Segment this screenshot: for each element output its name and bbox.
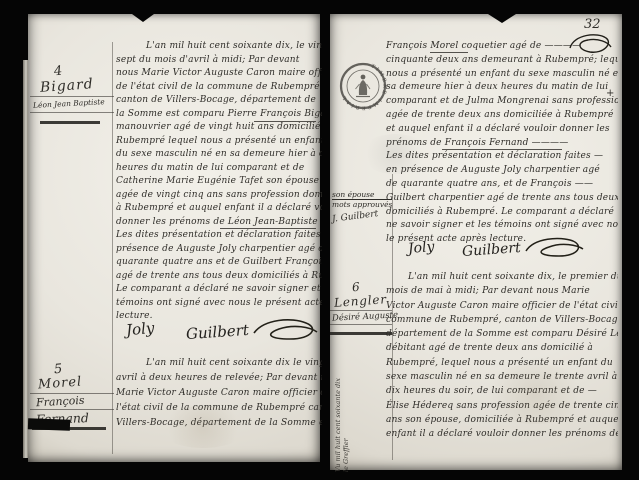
signature-guilbert: Guilbert bbox=[462, 240, 522, 260]
manuscript-line: sept du mois d'avril à midi; Par devant bbox=[116, 54, 322, 68]
correction-line: mots approuvés bbox=[332, 200, 392, 209]
vertical-note-line: le Greffier bbox=[342, 372, 350, 472]
manuscript-line: quarante quatre ans et de Guilbert Franç… bbox=[116, 256, 322, 270]
margin-vertical-note: Vu mil huit cent soixante dix le Greffie… bbox=[334, 372, 350, 472]
margin-line bbox=[330, 324, 392, 325]
act-number: 6 bbox=[351, 280, 360, 295]
signature-joly: Joly bbox=[125, 319, 155, 339]
manuscript-line: débitant agé de trente deux ans domicili… bbox=[386, 341, 618, 355]
manuscript-line: dix heures du soir, de lui comparant et … bbox=[386, 384, 618, 398]
manuscript-line: du sexe masculin né en sa demeure hier à… bbox=[116, 148, 322, 162]
manuscript-line: Les dites présentation et déclaration fa… bbox=[116, 229, 322, 243]
manuscript-line: Élise Hédereq sans profession agée de tr… bbox=[386, 399, 618, 413]
manuscript-line: nous a présenté un enfant du sexe mascul… bbox=[386, 68, 618, 82]
manuscript-line: Le comparant a déclaré ne savoir signer … bbox=[116, 283, 322, 297]
manuscript-line: comparant et de Julma Mongrenai sans pro… bbox=[386, 95, 618, 109]
manuscript-line: heures du matin de lui comparant et de bbox=[116, 162, 322, 176]
act-given-name: François bbox=[36, 394, 85, 410]
act-surname: Lengler bbox=[334, 292, 388, 310]
manuscript-line: ans son épouse, domiciliée à Rubempré et… bbox=[386, 413, 618, 427]
manuscript-line: Rubempré lequel nous a présenté un enfan… bbox=[116, 135, 322, 149]
act-surname: Morel bbox=[38, 374, 83, 392]
act-number: 4 bbox=[53, 64, 63, 80]
vertical-note-line: Vu mil huit cent soixante dix bbox=[334, 372, 342, 472]
mayor-signature-flourish bbox=[250, 317, 320, 343]
underline-stroke bbox=[442, 149, 562, 150]
manuscript-line: Victor Auguste Caron maire officier de l… bbox=[386, 299, 618, 313]
signature-joly: Joly bbox=[407, 239, 435, 257]
margin-line bbox=[30, 112, 114, 113]
underline-stroke bbox=[430, 52, 468, 53]
act5-body-continued: François Morel coquetier agé de ———— cin… bbox=[386, 40, 618, 247]
manuscript-line: agée de vingt cinq ans sans profession d… bbox=[116, 189, 322, 203]
left-page: 4 Bigard Léon Jean Baptiste L'an mil hui… bbox=[28, 14, 320, 462]
manuscript-line: l'état civil de la commune de Rubempré c… bbox=[116, 401, 322, 416]
manuscript-line: L'an mil huit cent soixante dix le vingt… bbox=[116, 356, 322, 371]
imperial-stamp-icon: TIMBRE IMPERIAL bbox=[336, 59, 390, 113]
manuscript-line: Catherine Marie Eugénie Tafet son épouse bbox=[116, 175, 322, 189]
manuscript-line: Marie Victor Auguste Caron maire officie… bbox=[116, 386, 322, 401]
scan-artifact bbox=[28, 418, 70, 430]
scan-background: { "document": { "kind": "registre d'état… bbox=[0, 0, 639, 480]
manuscript-line: manouvrier agé de vingt huit ans domicil… bbox=[116, 121, 322, 135]
mayor-signature-flourish bbox=[522, 236, 586, 260]
manuscript-line: Rubempré, lequel nous a présenté un enfa… bbox=[386, 356, 618, 370]
margin-correction-note: son épouse mots approuvés J. Guilbert bbox=[332, 190, 392, 221]
act6-body: L'an mil huit cent soixante dix, le prem… bbox=[386, 270, 618, 442]
manuscript-line: enfant il a déclaré vouloir donner les p… bbox=[386, 427, 618, 441]
underline-stroke bbox=[254, 121, 316, 122]
signature-guilbert: Guilbert bbox=[185, 321, 249, 343]
manuscript-line: ne savoir signer et les témoins ont sign… bbox=[386, 219, 618, 233]
manuscript-line: à Rubempré et auquel enfant il a déclaré… bbox=[116, 202, 322, 216]
manuscript-line: Villers-Bocage, département de la Somme … bbox=[116, 416, 322, 431]
manuscript-line: en présence de Auguste Joly charpentier … bbox=[386, 164, 618, 178]
manuscript-line: département de la Somme est comparu Dési… bbox=[386, 327, 618, 341]
manuscript-line: agé de trente ans tous deux domiciliés à… bbox=[116, 270, 322, 284]
manuscript-line: L'an mil huit cent soixante dix, le ving… bbox=[116, 40, 322, 54]
act5-body-start: L'an mil huit cent soixante dix le vingt… bbox=[116, 356, 322, 431]
right-page: 32 + TIMBRE IMPERIAL son épouse mots app… bbox=[330, 14, 622, 470]
manuscript-line: mois de mai à midi; Par devant nous Mari… bbox=[386, 284, 618, 298]
manuscript-line: de l'état civil de la commune de Rubempr… bbox=[116, 81, 322, 95]
manuscript-line: canton de Villers-Bocage, département de bbox=[116, 94, 322, 108]
correction-signature: J. Guilbert bbox=[332, 208, 393, 224]
act-given-names: Léon Jean Baptiste bbox=[33, 97, 105, 110]
manuscript-line: nous Marie Victor Auguste Caron maire of… bbox=[116, 67, 322, 81]
margin-line-heavy bbox=[40, 121, 100, 124]
manuscript-line: avril à deux heures de relevée; Par deva… bbox=[116, 371, 322, 386]
manuscript-line: domiciliés à Rubempré. Le comparant a dé… bbox=[386, 206, 618, 220]
manuscript-line: L'an mil huit cent soixante dix, le prem… bbox=[386, 270, 618, 284]
act4-body: L'an mil huit cent soixante dix, le ving… bbox=[116, 40, 322, 324]
manuscript-line: la Somme est comparu Pierre François Big… bbox=[116, 108, 322, 122]
manuscript-line: témoins ont signé avec nous le présent a… bbox=[116, 297, 322, 311]
torn-notch bbox=[132, 14, 154, 22]
act-surname: Bigard bbox=[40, 76, 95, 96]
manuscript-line: François Morel coquetier agé de ———— bbox=[386, 40, 618, 54]
manuscript-line: Les dites présentation et déclaration fa… bbox=[386, 150, 618, 164]
underline-stroke bbox=[220, 228, 316, 229]
manuscript-line: sa demeure hier à deux heures du matin d… bbox=[386, 81, 618, 95]
manuscript-line: présence de Auguste Joly charpentier agé… bbox=[116, 243, 322, 257]
correction-line: son épouse bbox=[332, 190, 392, 200]
margin-line-heavy bbox=[330, 332, 392, 335]
manuscript-line: Guilbert charpentier agé de trente ans t… bbox=[386, 192, 618, 206]
manuscript-line: donner les prénoms de Léon Jean-Baptiste bbox=[116, 216, 322, 230]
manuscript-line: commune de Rubempré, canton de Villers-B… bbox=[386, 313, 618, 327]
manuscript-line: agée de trente deux ans domiciliée à Rub… bbox=[386, 109, 618, 123]
manuscript-line: de quarante quatre ans, et de François —… bbox=[386, 178, 618, 192]
manuscript-line: et auquel enfant il a déclaré vouloir do… bbox=[386, 123, 618, 137]
manuscript-line: sexe masculin né en sa demeure le trente… bbox=[386, 370, 618, 384]
torn-notch bbox=[488, 14, 516, 23]
manuscript-line: cinquante deux ans demeurant à Rubempré;… bbox=[386, 54, 618, 68]
